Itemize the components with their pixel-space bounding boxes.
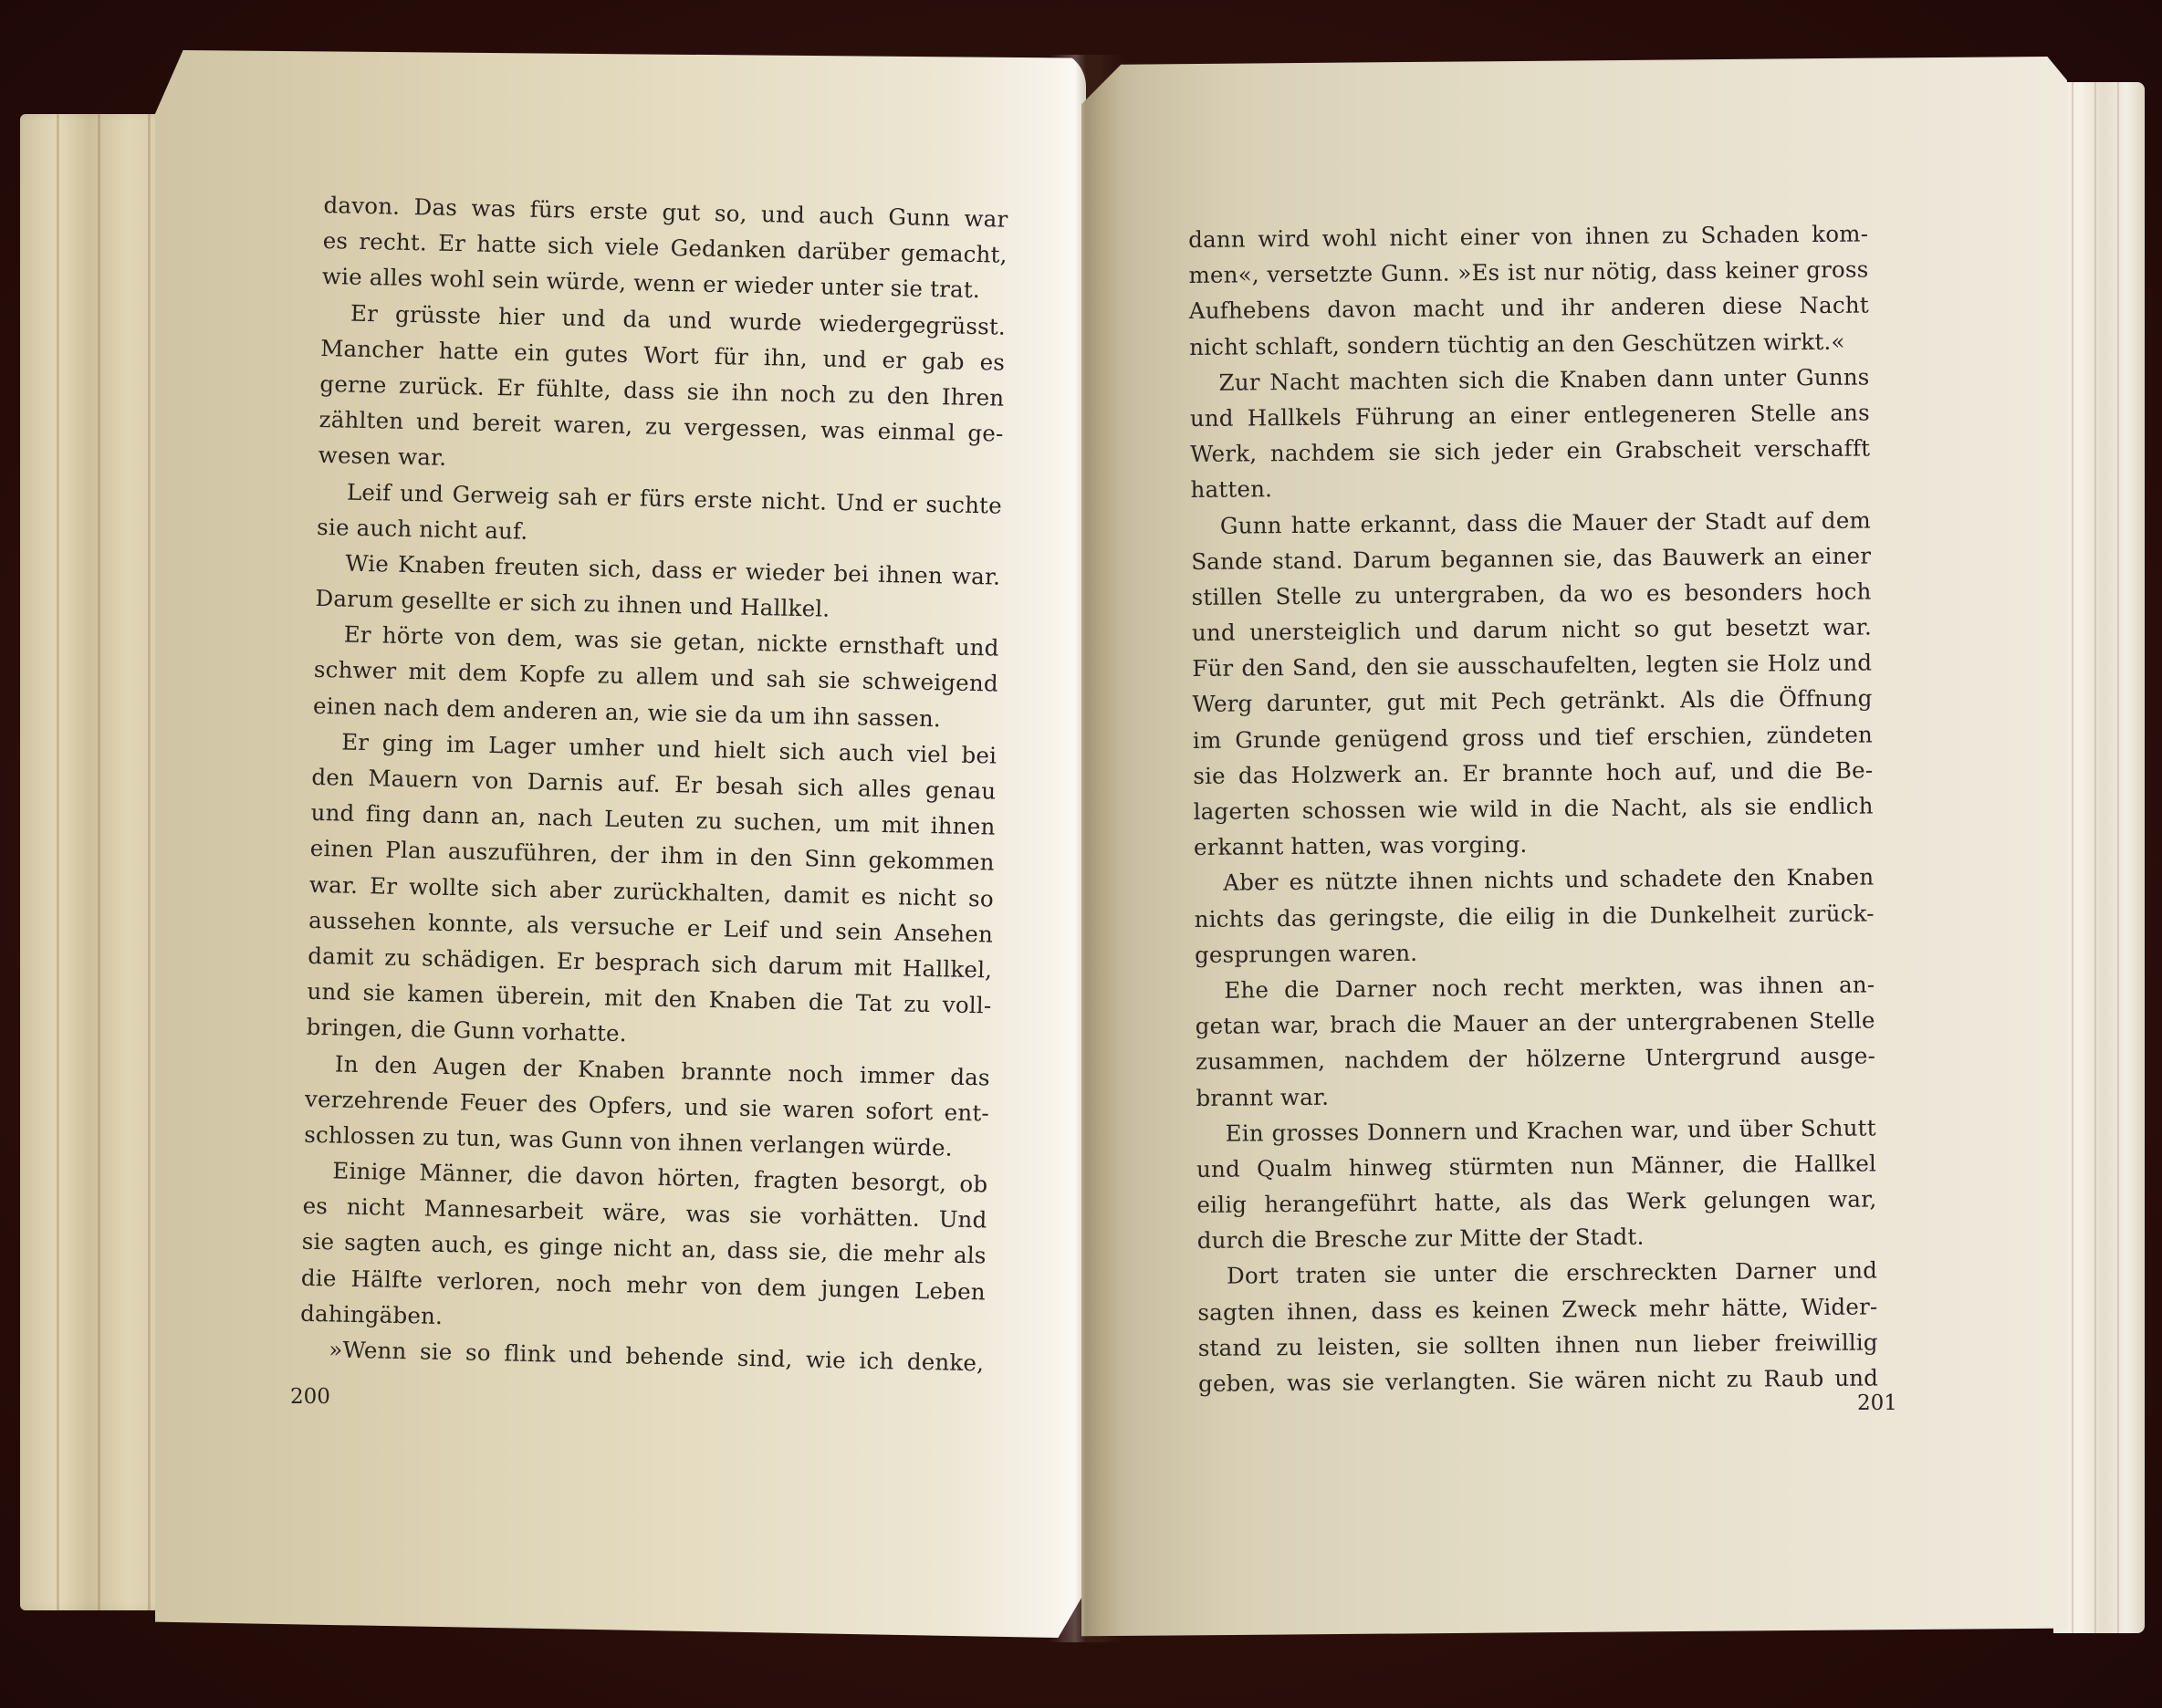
left-page-edges bbox=[20, 114, 175, 1610]
page-number-left: 200 bbox=[290, 1385, 330, 1409]
page-edge-ridge bbox=[98, 114, 100, 1610]
text-line: zusammen, nachdem der hölzerne Untergrun… bbox=[1196, 1038, 1875, 1080]
text-line: Ein grosses Donnern und Krachen war, und… bbox=[1196, 1109, 1876, 1151]
text-line: Aufhebens davon macht und ihr anderen di… bbox=[1189, 287, 1869, 329]
text-line: sie das Holzwerk an. Er brannte hoch auf… bbox=[1193, 752, 1873, 794]
text-line: eilig herangeführt hatte, als das Werk g… bbox=[1196, 1182, 1876, 1224]
text-line: Dort traten sie unter die erschreckten D… bbox=[1197, 1253, 1877, 1295]
text-line: und Qualm hinweg stürmten nun Männer, di… bbox=[1196, 1145, 1876, 1187]
text-line: und unersteiglich und darum nicht so gut… bbox=[1192, 609, 1872, 651]
text-line: gesprungen waren. bbox=[1195, 931, 1875, 973]
text-line: sagten ihnen, dass es keinen Zweck mehr … bbox=[1197, 1288, 1877, 1330]
text-line: Werk, nachdem sie sich jeder ein Grabsch… bbox=[1190, 431, 1870, 473]
text-line: stillen Stelle zu untergraben, da wo es … bbox=[1191, 573, 1871, 615]
page-edge-ridge bbox=[57, 114, 59, 1610]
page-edge-ridge bbox=[2072, 82, 2073, 1633]
page-edge-ridge bbox=[2117, 82, 2119, 1633]
text-line: brannt war. bbox=[1196, 1074, 1875, 1116]
book-photo: davon. Das was fürs erste gut so, und au… bbox=[0, 0, 2162, 1708]
text-line: Gunn hatte erkannt, dass die Mauer der S… bbox=[1191, 502, 1871, 544]
text-line: geben, was sie verlangten. Sie wären nic… bbox=[1198, 1359, 1878, 1401]
text-line: Zur Nacht machten sich die Knaben dann u… bbox=[1189, 359, 1869, 401]
text-line: hatten. bbox=[1190, 466, 1870, 508]
text-line: dann wird wohl nicht einer von ihnen zu … bbox=[1188, 215, 1868, 257]
text-line: lagerten schossen wie wild in die Nacht,… bbox=[1193, 787, 1873, 829]
right-page-edges bbox=[2053, 82, 2145, 1633]
text-line: Aber es nützte ihnen nichts und schadete… bbox=[1194, 859, 1874, 901]
text-line: getan war, brach die Mauer an der unterg… bbox=[1196, 1003, 1875, 1045]
text-line: im Grunde genügend gross und tief erschi… bbox=[1193, 716, 1873, 758]
text-line: Ehe die Darner noch recht merkten, was i… bbox=[1195, 966, 1875, 1008]
page-edge-ridge bbox=[148, 114, 151, 1610]
text-line: men«, versetzte Gunn. »Es ist nur nötig,… bbox=[1188, 252, 1868, 294]
book-gutter bbox=[1050, 55, 1123, 1642]
page-number-right: 201 bbox=[1857, 1391, 1897, 1415]
text-line: nichts das geringste, die eilig in die D… bbox=[1194, 895, 1874, 937]
text-line: nicht schlaft, sondern tüchtig an den Ge… bbox=[1189, 323, 1869, 365]
page-edge-ridge bbox=[2094, 82, 2096, 1633]
text-line: und Hallkels Führung an einer entlegener… bbox=[1190, 394, 1870, 436]
text-line: Werg darunter, gut mit Pech getränkt. Al… bbox=[1192, 681, 1872, 723]
text-line: stand zu leisten, sie sollten ihnen nun … bbox=[1198, 1324, 1878, 1366]
text-line: durch die Bresche zur Mitte der Stadt. bbox=[1197, 1217, 1877, 1259]
text-line: Für den Sand, den sie ausschaufelten, le… bbox=[1192, 645, 1872, 687]
left-page-text: davon. Das was fürs erste gut so, und au… bbox=[299, 187, 1008, 1381]
text-line: erkannt hatten, was vorging. bbox=[1194, 824, 1874, 866]
text-line: Sande stand. Darum begannen sie, das Bau… bbox=[1191, 537, 1871, 579]
right-page-text: dann wird wohl nicht einer von ihnen zu … bbox=[1188, 215, 1878, 1401]
